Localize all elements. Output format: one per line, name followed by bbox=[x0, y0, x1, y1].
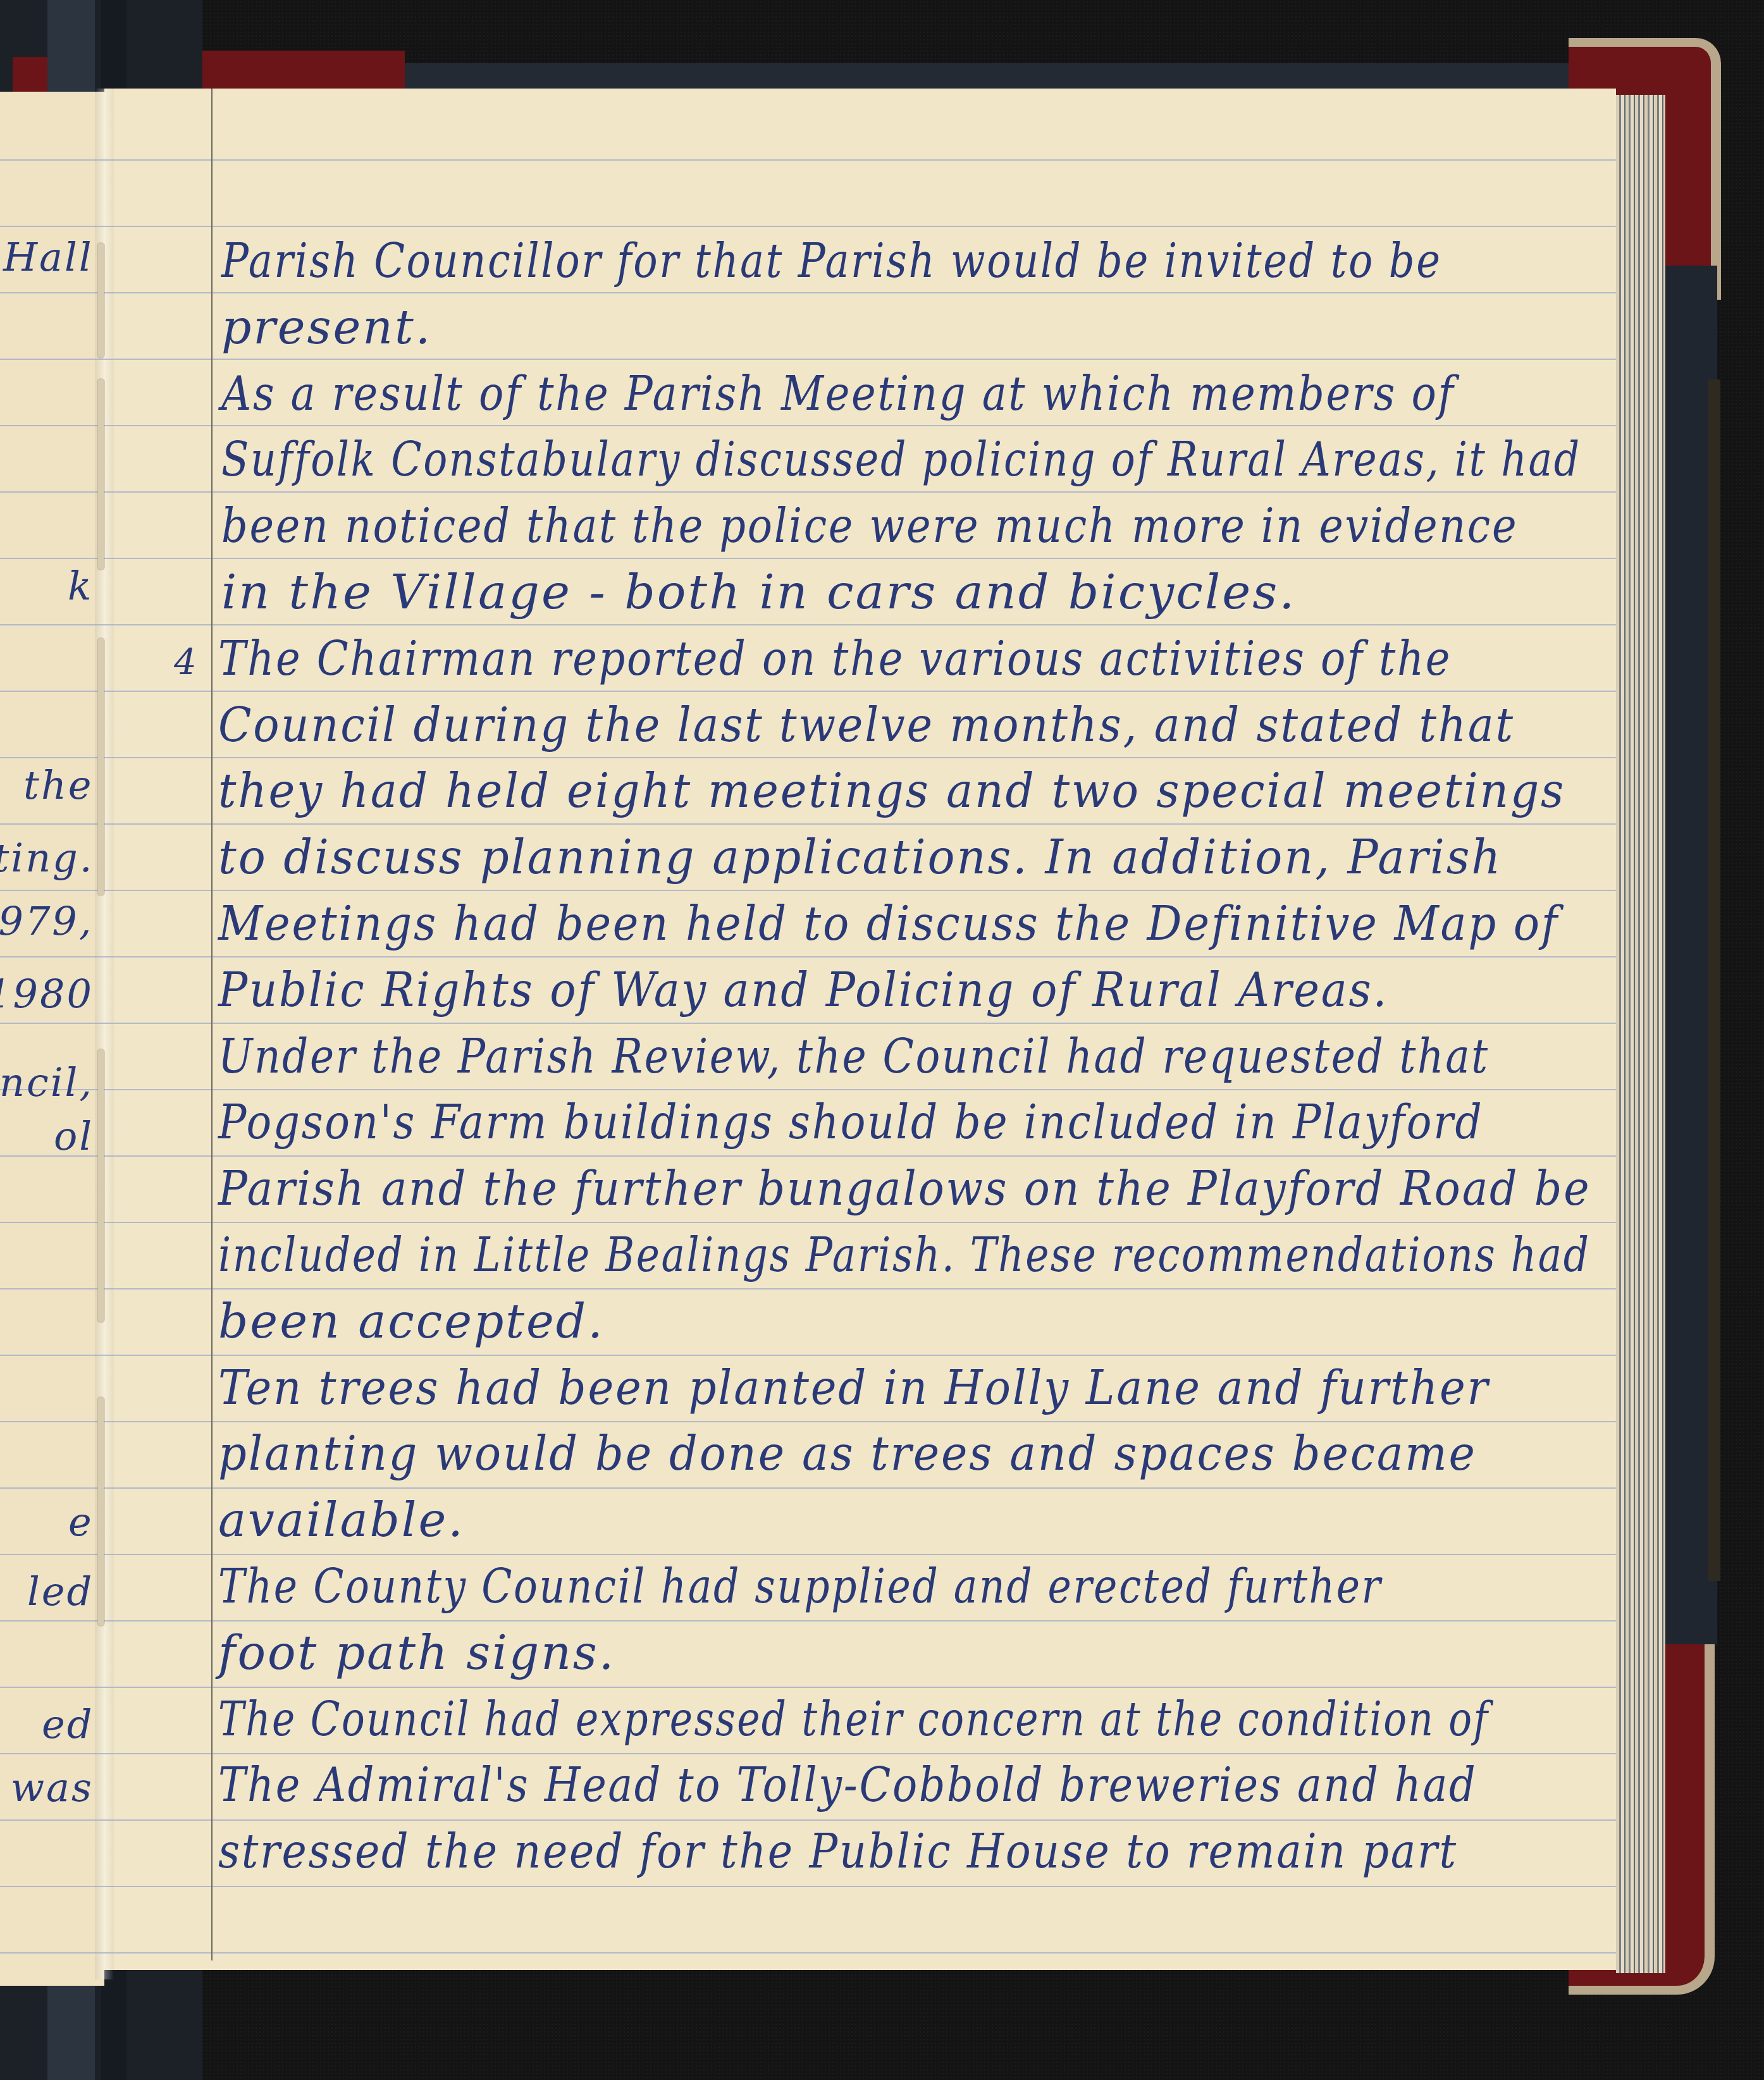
ruled-line bbox=[0, 1753, 1616, 1754]
left-page-fragment: led bbox=[27, 1568, 94, 1615]
gutter-fold bbox=[95, 89, 114, 1979]
handwritten-line: they had held eight meetings and two spe… bbox=[218, 764, 1565, 818]
ruled-line bbox=[0, 1487, 1616, 1489]
ruled-line bbox=[0, 1355, 1616, 1356]
ruled-line bbox=[0, 1687, 1616, 1688]
handwritten-line: The County Council had supplied and erec… bbox=[218, 1560, 1382, 1614]
handwritten-line: Under the Parish Review, the Council had… bbox=[218, 1030, 1490, 1084]
ruled-line bbox=[0, 1952, 1616, 1954]
left-page-fragment: Hall bbox=[3, 234, 94, 280]
leather-corner-top-mid bbox=[202, 51, 405, 92]
handwritten-line: Pogson's Farm buildings should be includ… bbox=[218, 1095, 1483, 1150]
handwritten-line: Meetings had been held to discuss the De… bbox=[218, 897, 1559, 951]
handwritten-line: in the Village - both in cars and bicycl… bbox=[221, 565, 1297, 620]
ruled-line bbox=[0, 425, 1616, 426]
left-page-fragment: eeting. bbox=[0, 835, 94, 881]
handwritten-line: The Council had expressed their concern … bbox=[218, 1692, 1490, 1747]
ruled-line bbox=[0, 1023, 1616, 1024]
binding-stitch bbox=[98, 639, 104, 895]
spine-edge bbox=[1708, 379, 1720, 1581]
handwritten-line: available. bbox=[218, 1493, 465, 1548]
left-page-fragment: ry.1980 bbox=[0, 971, 94, 1017]
handwritten-line: stressed the need for the Public House t… bbox=[218, 1825, 1458, 1879]
leather-corner-top-left bbox=[13, 57, 47, 92]
handwritten-line: The Chairman reported on the various act… bbox=[218, 632, 1452, 686]
page-stack-edges bbox=[1616, 95, 1665, 1973]
handwritten-line: Council during the last twelve months, a… bbox=[218, 698, 1515, 753]
handwritten-line: The Admiral's Head to Tolly-Cobbold brew… bbox=[218, 1758, 1477, 1812]
ruled-line bbox=[0, 359, 1616, 360]
handwritten-line: foot path signs. bbox=[218, 1626, 615, 1680]
ruled-line bbox=[0, 1886, 1616, 1887]
left-page-fragment: 1979, bbox=[0, 898, 94, 944]
ruled-line bbox=[0, 292, 1616, 293]
left-page-fragment: ol bbox=[54, 1113, 94, 1159]
left-page-fragment: the bbox=[23, 762, 94, 808]
ruled-line bbox=[0, 159, 1616, 161]
handwritten-line: present. bbox=[221, 300, 432, 355]
left-page-fragment: k bbox=[68, 563, 94, 609]
handwritten-line: been accepted. bbox=[218, 1295, 605, 1349]
left-page-fragment: ncil, bbox=[0, 1059, 94, 1105]
ruled-line bbox=[0, 1620, 1616, 1622]
binding-stitch bbox=[98, 379, 104, 569]
handwritten-line: Suffolk Constabulary discussed policing … bbox=[221, 433, 1581, 487]
handwritten-line: included in Little Bealings Parish. Thes… bbox=[218, 1228, 1591, 1283]
handwritten-line: planting would be done as trees and spac… bbox=[218, 1427, 1477, 1481]
left-page-fragment: ed bbox=[42, 1701, 94, 1747]
handwritten-line: been noticed that the police were much m… bbox=[221, 499, 1518, 553]
ruled-line bbox=[0, 226, 1616, 227]
left-page-fragment: was bbox=[11, 1764, 94, 1811]
ruled-line bbox=[0, 1288, 1616, 1289]
ruled-line bbox=[0, 624, 1616, 625]
binding-stitch bbox=[98, 1050, 104, 1322]
item-number: 4 bbox=[174, 642, 199, 683]
binding-stitch bbox=[98, 243, 104, 357]
handwritten-line: Ten trees had been planted in Holly Lane… bbox=[218, 1361, 1490, 1415]
ruled-line bbox=[0, 823, 1616, 825]
ruled-line bbox=[0, 491, 1616, 493]
cover-top-strip bbox=[405, 63, 1670, 92]
ruled-line bbox=[0, 1089, 1616, 1090]
ruled-line bbox=[0, 1222, 1616, 1223]
ruled-line bbox=[0, 890, 1616, 891]
binding-stitch bbox=[98, 1398, 104, 1625]
ruled-line bbox=[0, 1421, 1616, 1422]
ruled-line bbox=[0, 1554, 1616, 1555]
ruled-line bbox=[0, 1155, 1616, 1157]
handwritten-line: Parish and the further bungalows on the … bbox=[218, 1162, 1591, 1216]
margin-line bbox=[211, 89, 213, 1960]
ruled-line bbox=[0, 1819, 1616, 1821]
ruled-line bbox=[0, 558, 1616, 559]
handwritten-line: As a result of the Parish Meeting at whi… bbox=[221, 367, 1455, 421]
left-page-fragment: e bbox=[68, 1499, 94, 1545]
ruled-line bbox=[0, 757, 1616, 758]
ruled-line bbox=[0, 691, 1616, 692]
handwritten-line: Public Rights of Way and Policing of Rur… bbox=[218, 963, 1388, 1018]
handwritten-line: Parish Councillor for that Parish would … bbox=[221, 234, 1442, 288]
ruled-line bbox=[0, 956, 1616, 957]
handwritten-line: to discuss planning applications. In add… bbox=[218, 830, 1502, 885]
